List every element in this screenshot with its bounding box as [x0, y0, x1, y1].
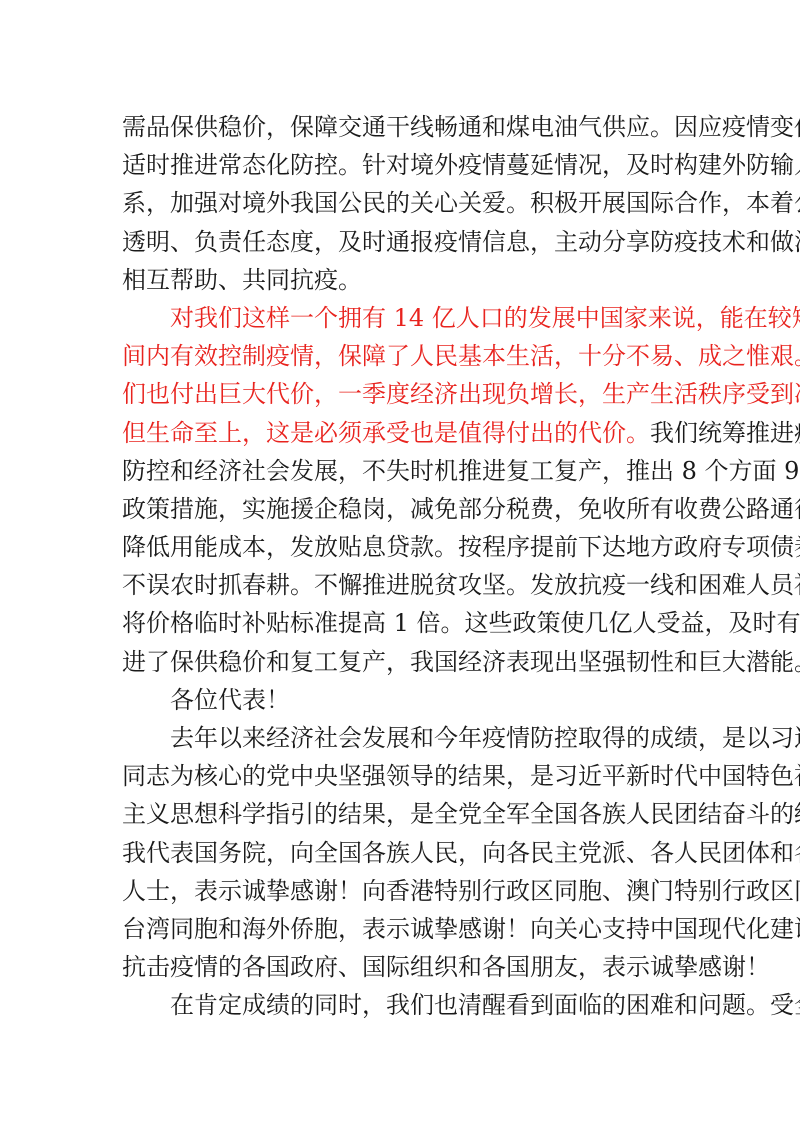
text-line: 适时推进常态化防控。针对境外疫情蔓延情况，及时构建外防输入体: [122, 146, 686, 184]
text-line: 台湾同胞和海外侨胞，表示诚挚感谢！向关心支持中国现代化建设和: [122, 910, 686, 948]
paragraph-5: 在肯定成绩的同时，我们也清醒看到面临的困难和问题。受全球: [122, 986, 686, 1024]
text-line: 防控和经济社会发展，不失时机推进复工复产，推出 8 个方面 90 项: [122, 452, 686, 490]
text-line: 需品保供稳价，保障交通干线畅通和煤电油气供应。因应疫情变化，: [122, 108, 686, 146]
text-line: 抗击疫情的各国政府、国际组织和各国朋友，表示诚挚感谢！: [122, 948, 686, 986]
text-line: 不误农时抓春耕。不懈推进脱贫攻坚。发放抗疫一线和困难人员补助，: [122, 566, 686, 604]
highlighted-text-line: 间内有效控制疫情，保障了人民基本生活，十分不易、成之惟艰。我: [122, 337, 686, 375]
text-line: 政策措施，实施援企稳岗，减免部分税费，免收所有收费公路通行费，: [122, 490, 686, 528]
highlighted-text: 但生命至上，这是必须承受也是值得付出的代价。: [122, 419, 650, 447]
text-line: 主义思想科学指引的结果，是全党全军全国各族人民团结奋斗的结果。: [122, 795, 686, 833]
text-line: 相互帮助、共同抗疫。: [122, 261, 686, 299]
highlighted-text-line: 们也付出巨大代价，一季度经济出现负增长，生产生活秩序受到冲击，: [122, 375, 686, 413]
text-line: 透明、负责任态度，及时通报疫情信息，主动分享防疫技术和做法，: [122, 223, 686, 261]
mixed-text-line: 但生命至上，这是必须承受也是值得付出的代价。我们统筹推进疫情: [122, 414, 686, 452]
highlighted-text-line: 对我们这样一个拥有 14 亿人口的发展中国家来说，能在较短时: [122, 299, 686, 337]
text-line: 人士，表示诚挚感谢！向香港特别行政区同胞、澳门特别行政区同胞、: [122, 872, 686, 910]
text-line: 进了保供稳价和复工复产，我国经济表现出坚强韧性和巨大潜能。: [122, 643, 686, 681]
paragraph-2: 对我们这样一个拥有 14 亿人口的发展中国家来说，能在较短时 间内有效控制疫情，…: [122, 299, 686, 681]
paragraph-4: 去年以来经济社会发展和今年疫情防控取得的成绩，是以习近平 同志为核心的党中央坚强…: [122, 719, 686, 986]
salutation-line: 各位代表！: [122, 681, 686, 719]
paragraph-3-salutation: 各位代表！: [122, 681, 686, 719]
text-line: 去年以来经济社会发展和今年疫情防控取得的成绩，是以习近平: [122, 719, 686, 757]
document-page: 需品保供稳价，保障交通干线畅通和煤电油气供应。因应疫情变化， 适时推进常态化防控…: [122, 108, 686, 1025]
text-line: 降低用能成本，发放贴息贷款。按程序提前下达地方政府专项债券。: [122, 528, 686, 566]
normal-text: 我们统筹推进疫情: [650, 419, 800, 447]
paragraph-1: 需品保供稳价，保障交通干线畅通和煤电油气供应。因应疫情变化， 适时推进常态化防控…: [122, 108, 686, 299]
text-line: 将价格临时补贴标准提高 1 倍。这些政策使几亿人受益，及时有效促: [122, 604, 686, 642]
text-line: 同志为核心的党中央坚强领导的结果，是习近平新时代中国特色社会: [122, 757, 686, 795]
text-line: 我代表国务院，向全国各族人民，向各民主党派、各人民团体和各界: [122, 834, 686, 872]
text-line: 在肯定成绩的同时，我们也清醒看到面临的困难和问题。受全球: [122, 986, 686, 1024]
text-line: 系，加强对境外我国公民的关心关爱。积极开展国际合作，本着公开、: [122, 184, 686, 222]
